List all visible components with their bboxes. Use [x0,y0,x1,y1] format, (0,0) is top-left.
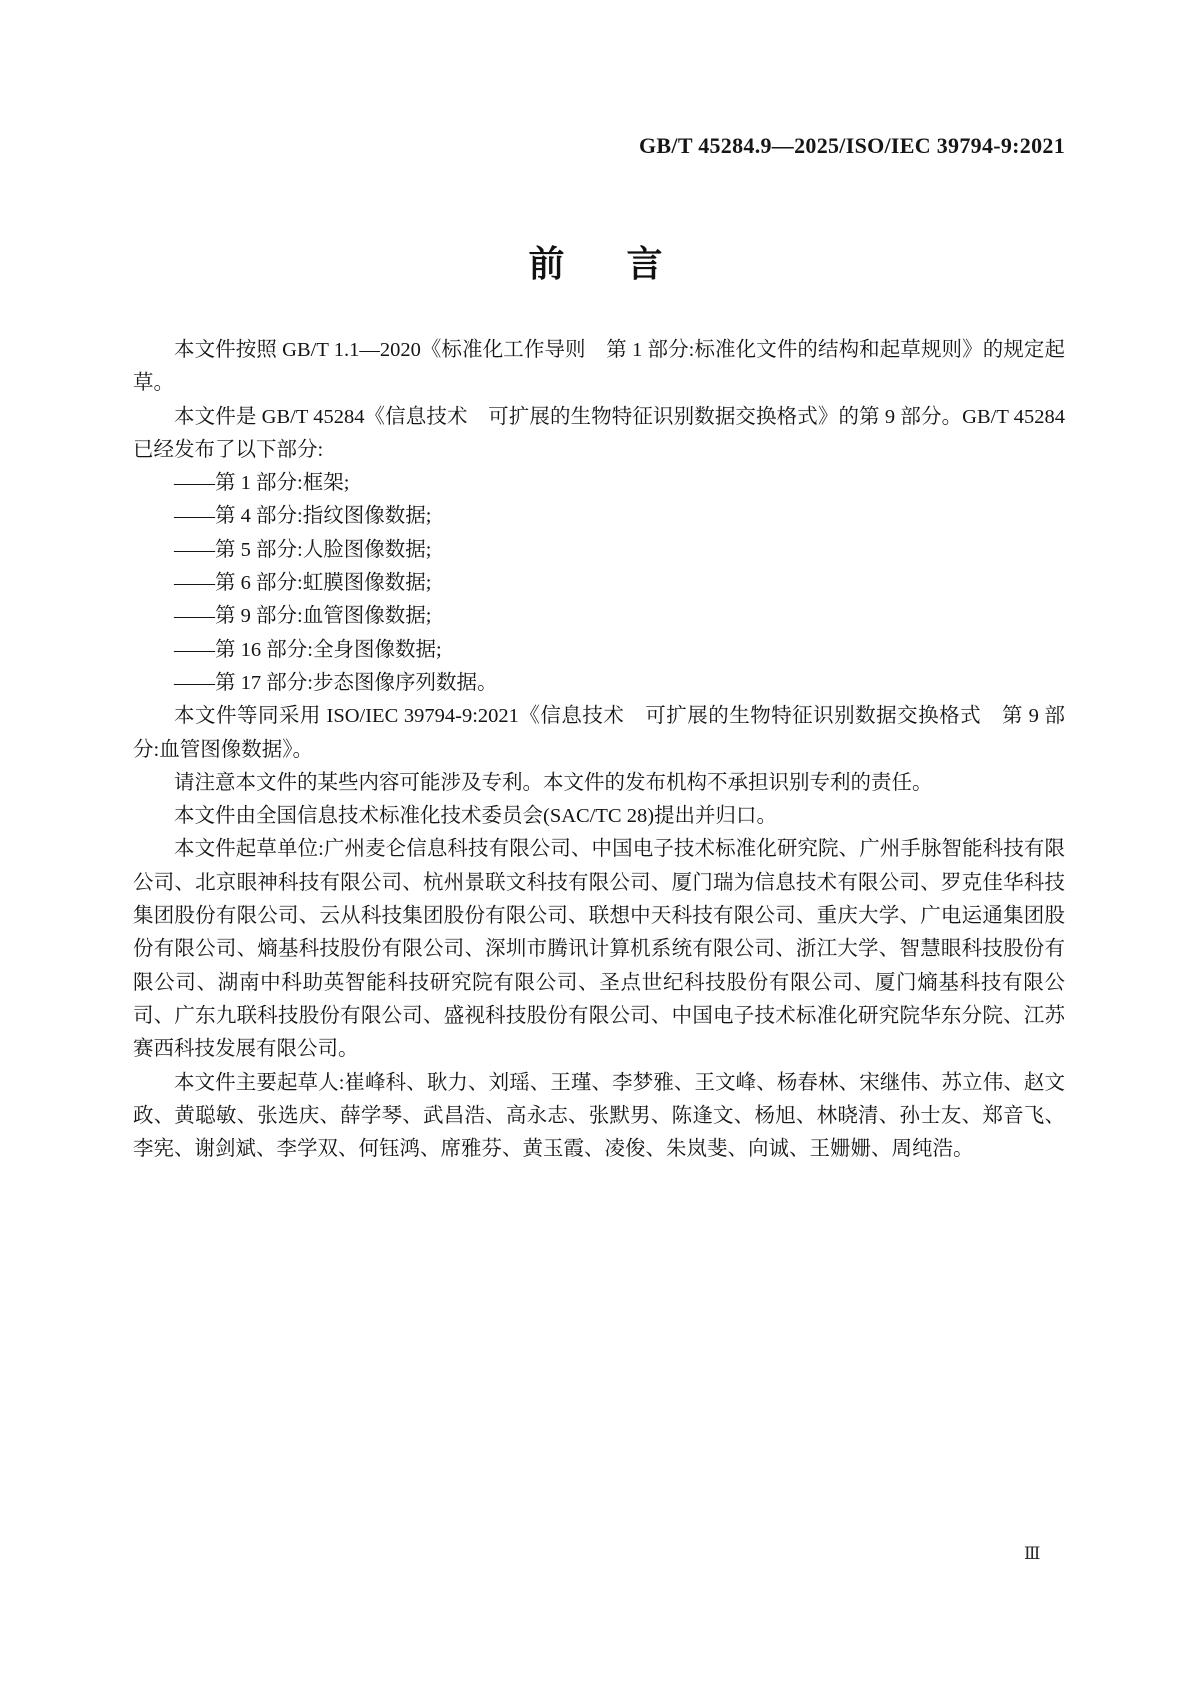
list-item: ——第 4 部分:指纹图像数据; [133,500,1065,533]
paragraph: 本文件由全国信息技术标准化技术委员会(SAC/TC 28)提出并归口。 [133,800,1065,833]
paragraph: 请注意本文件的某些内容可能涉及专利。本文件的发布机构不承担识别专利的责任。 [133,767,1065,800]
standard-number-header: GB/T 45284.9—2025/ISO/IEC 39794-9:2021 [639,133,1065,159]
paragraph: 本文件是 GB/T 45284《信息技术 可扩展的生物特征识别数据交换格式》的第… [133,401,1065,468]
page-title: 前言 [0,236,1191,287]
title-char-qian: 前 [528,243,564,284]
list-item: ——第 5 部分:人脸图像数据; [133,534,1065,567]
list-item: ——第 1 部分:框架; [133,467,1065,500]
list-item: ——第 17 部分:步态图像序列数据。 [133,667,1065,700]
list-item: ——第 6 部分:虹膜图像数据; [133,567,1065,600]
paragraph: 本文件等同采用 ISO/IEC 39794-9:2021《信息技术 可扩展的生物… [133,700,1065,767]
document-page: GB/T 45284.9—2025/ISO/IEC 39794-9:2021 前… [0,0,1191,1685]
document-body: 本文件按照 GB/T 1.1—2020《标准化工作导则 第 1 部分:标准化文件… [133,334,1065,1166]
list-item: ——第 9 部分:血管图像数据; [133,600,1065,633]
paragraph: 本文件起草单位:广州麦仑信息科技有限公司、中国电子技术标准化研究院、广州手脉智能… [133,833,1065,1066]
paragraph: 本文件主要起草人:崔峰科、耿力、刘瑶、王瑾、李梦雅、王文峰、杨春林、宋继伟、苏立… [133,1067,1065,1167]
title-char-yan: 言 [627,243,663,284]
page-number: Ⅲ [1024,1544,1040,1564]
list-item: ——第 16 部分:全身图像数据; [133,634,1065,667]
paragraph: 本文件按照 GB/T 1.1—2020《标准化工作导则 第 1 部分:标准化文件… [133,334,1065,401]
